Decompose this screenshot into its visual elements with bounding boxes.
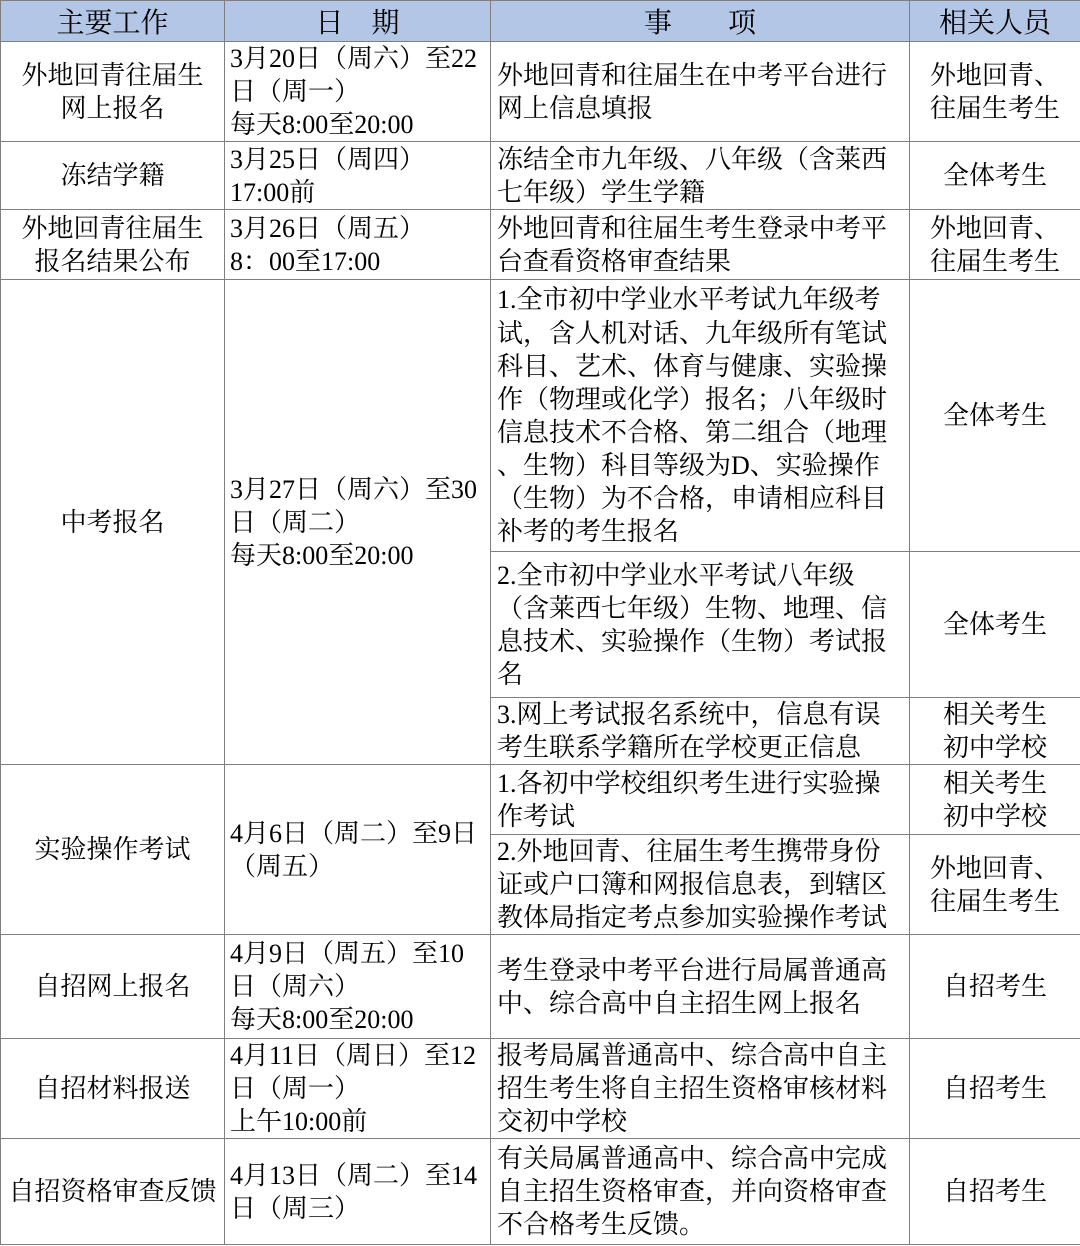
date-cell: 4月11日（周日）至12 日（周一） 上午10:00前: [225, 1039, 491, 1139]
header-main-work: 主要工作: [1, 1, 225, 42]
table-row: 外地回青往届生 网上报名 3月20日（周六）至22 日（周一） 每天8:00至2…: [1, 42, 1080, 142]
personnel-cell: 外地回青、 往届生考生: [910, 42, 1080, 142]
work-cell: 自招网上报名: [1, 935, 225, 1039]
item-cell: 冻结全市九年级、八年级（含莱西 七年级）学生学籍: [491, 142, 910, 210]
schedule-table: 主要工作 日 期 事 项 相关人员 外地回青往届生 网上报名 3月20日（周六）…: [0, 0, 1080, 1245]
personnel-cell: 自招考生: [910, 1039, 1080, 1139]
table-row: 自招材料报送 4月11日（周日）至12 日（周一） 上午10:00前 报考局属普…: [1, 1039, 1080, 1139]
table-row: 冻结学籍 3月25日（周四） 17:00前 冻结全市九年级、八年级（含莱西 七年…: [1, 142, 1080, 210]
table-row: 中考报名 3月27日（周六）至30 日（周二） 每天8:00至20:00 1.全…: [1, 280, 1080, 552]
date-cell: 3月20日（周六）至22 日（周一） 每天8:00至20:00: [225, 42, 491, 142]
personnel-cell: 全体考生: [910, 142, 1080, 210]
personnel-cell: 全体考生: [910, 280, 1080, 552]
table-row: 外地回青往届生 报名结果公布 3月26日（周五） 8：00至17:00 外地回青…: [1, 210, 1080, 280]
item-cell: 2.外地回青、往届生考生携带身份 证或户口簿和网报信息表，到辖区 教体局指定考点…: [491, 835, 910, 935]
work-cell: 自招材料报送: [1, 1039, 225, 1139]
personnel-cell: 相关考生 初中学校: [910, 765, 1080, 835]
work-cell: 外地回青往届生 网上报名: [1, 42, 225, 142]
exam-schedule-page: 主要工作 日 期 事 项 相关人员 外地回青往届生 网上报名 3月20日（周六）…: [0, 0, 1080, 1245]
header-row: 主要工作 日 期 事 项 相关人员: [1, 1, 1080, 42]
date-cell: 4月6日（周二）至9日 （周五）: [225, 765, 491, 935]
date-cell: 3月25日（周四） 17:00前: [225, 142, 491, 210]
item-cell: 外地回青和往届生考生登录中考平 台查看资格审查结果: [491, 210, 910, 280]
item-cell: 报考局属普通高中、综合高中自主 招生考生将自主招生资格审核材料 交初中学校: [491, 1039, 910, 1139]
header-items: 事 项: [491, 1, 910, 42]
table-row: 自招资格审查反馈 4月13日（周二）至14 日（周三） 有关局属普通高中、综合高…: [1, 1139, 1080, 1245]
work-cell: 外地回青往届生 报名结果公布: [1, 210, 225, 280]
item-cell: 外地回青和往届生在中考平台进行 网上信息填报: [491, 42, 910, 142]
item-cell: 1.全市初中学业水平考试九年级考 试，含人机对话、九年级所有笔试 科目、艺术、体…: [491, 280, 910, 552]
work-cell: 实验操作考试: [1, 765, 225, 935]
personnel-cell: 相关考生 初中学校: [910, 698, 1080, 765]
personnel-cell: 外地回青、 往届生考生: [910, 210, 1080, 280]
item-cell: 3.网上考试报名系统中，信息有误 考生联系学籍所在学校更正信息: [491, 698, 910, 765]
table-row: 自招网上报名 4月9日（周五）至10 日（周六） 每天8:00至20:00 考生…: [1, 935, 1080, 1039]
item-cell: 2.全市初中学业水平考试八年级 （含莱西七年级）生物、地理、信 息技术、实验操作…: [491, 552, 910, 698]
date-cell: 3月27日（周六）至30 日（周二） 每天8:00至20:00: [225, 280, 491, 765]
date-cell: 4月9日（周五）至10 日（周六） 每天8:00至20:00: [225, 935, 491, 1039]
header-date: 日 期: [225, 1, 491, 42]
personnel-cell: 自招考生: [910, 1139, 1080, 1245]
work-cell: 冻结学籍: [1, 142, 225, 210]
item-cell: 1.各初中学校组织考生进行实验操 作考试: [491, 765, 910, 835]
work-cell: 中考报名: [1, 280, 225, 765]
work-cell: 自招资格审查反馈: [1, 1139, 225, 1245]
table-row: 实验操作考试 4月6日（周二）至9日 （周五） 1.各初中学校组织考生进行实验操…: [1, 765, 1080, 835]
date-cell: 3月26日（周五） 8：00至17:00: [225, 210, 491, 280]
personnel-cell: 自招考生: [910, 935, 1080, 1039]
header-personnel: 相关人员: [910, 1, 1080, 42]
date-cell: 4月13日（周二）至14 日（周三）: [225, 1139, 491, 1245]
item-cell: 有关局属普通高中、综合高中完成 自主招生资格审查，并向资格审查 不合格考生反馈。: [491, 1139, 910, 1245]
personnel-cell: 全体考生: [910, 552, 1080, 698]
personnel-cell: 外地回青、 往届生考生: [910, 835, 1080, 935]
item-cell: 考生登录中考平台进行局属普通高 中、综合高中自主招生网上报名: [491, 935, 910, 1039]
